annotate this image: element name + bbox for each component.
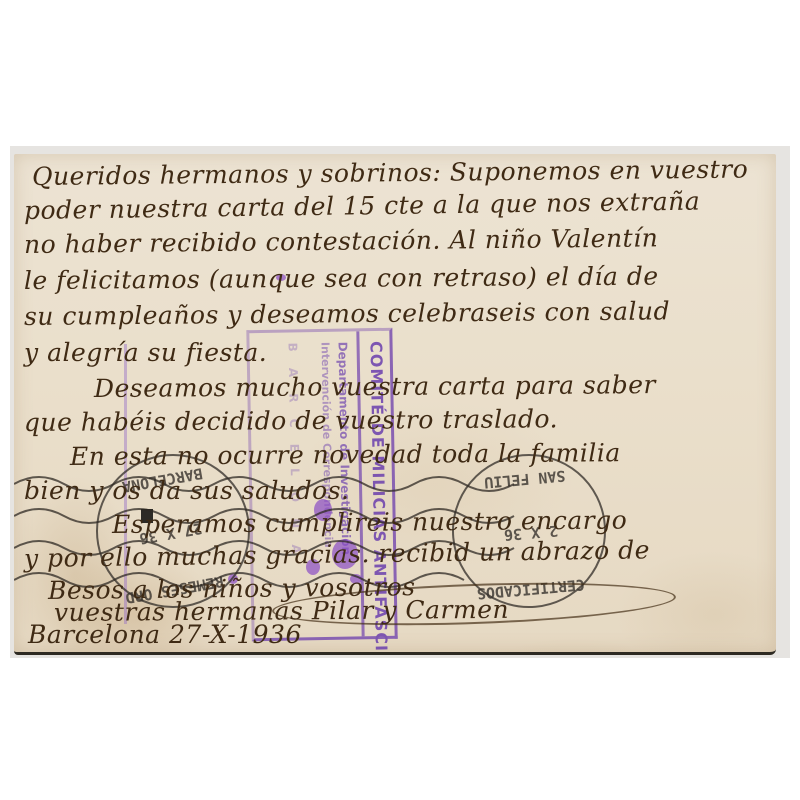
- letter-line-9: En esta no ocurre novedad toda la famili…: [70, 438, 621, 471]
- letter-line-4: le felicitamos (aunque sea con retraso) …: [24, 262, 659, 295]
- scan-background: COMITÉ DE MILICIAS ANTIFASCISTAS Departa…: [0, 0, 800, 800]
- letter-line-11: Esperamos cumplireis nuestro encargo: [112, 506, 627, 539]
- letter-line-7: Deseamos mucho vuestra carta para saber: [94, 370, 656, 403]
- place-date: Barcelona 27-X-1936: [28, 620, 302, 649]
- letter-line-6: y alegría su fiesta.: [24, 338, 267, 367]
- letter-line-5: su cumpleaños y deseamos celebraseis con…: [24, 296, 670, 331]
- postcard: COMITÉ DE MILICIAS ANTIFASCISTAS Departa…: [14, 154, 776, 655]
- letter-line-10: bien y os da sus saludos.: [24, 476, 349, 505]
- letter-line-8: que habéis decidido de vuestro traslado.: [24, 404, 558, 437]
